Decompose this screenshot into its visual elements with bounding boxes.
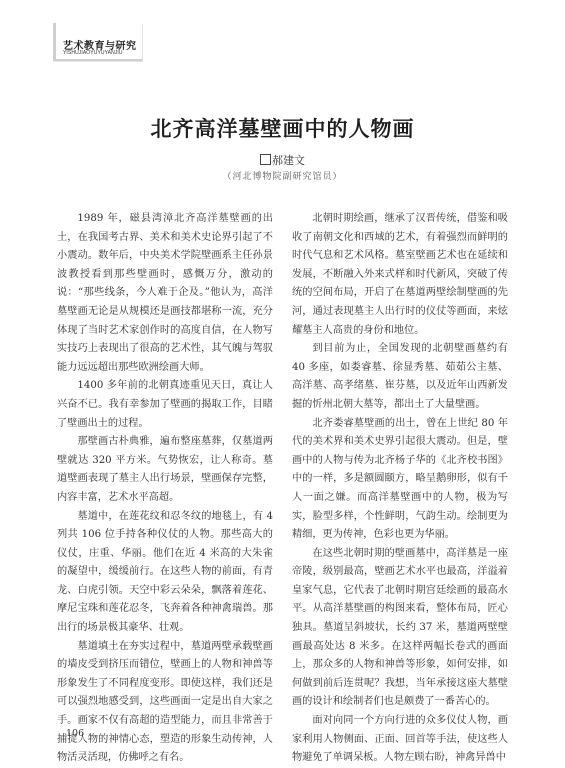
author-affiliation: （河北博物院副研究馆员） [0, 169, 565, 182]
author-line: 郝建文 [0, 152, 565, 168]
left-column: 1989 年，磁县湾漳北齐高洋墓壁画的出土，在我国考古界、美术和美术史论界引起了… [57, 210, 273, 768]
paragraph: 北朝时期绘画，继承了汉晋传统，借鉴和吸收了南朝文化和西域的艺术，有着强烈而鲜明的… [292, 210, 508, 340]
section-header: 艺术教育与研究 YISHUJIAOYUYUYANJIU [53, 23, 142, 61]
paragraph: 1989 年，磁县湾漳北齐高洋墓壁画的出土，在我国考古界、美术和美术史论界引起了… [57, 210, 273, 377]
right-column: 北朝时期绘画，继承了汉晋传统，借鉴和吸收了南朝文化和西域的艺术，有着强烈而鲜明的… [292, 210, 508, 768]
article-title: 北齐高洋墓壁画中的人物画 [0, 113, 565, 143]
paragraph: 北齐娄睿墓壁画的出土，曾在上世纪 80 年代的美术界和美术史界引起很大震动。但是… [292, 415, 508, 545]
section-title-pinyin: YISHUJIAOYUYUYANJIU [63, 50, 123, 56]
paragraph: 面对向同一个方向行进的众多仪仗人物，画家利用人物侧面、正面、回首等手法，使这些人… [292, 712, 508, 768]
author-box-icon [260, 154, 271, 165]
paragraph: 那壁画古朴典雅，遍布整座墓葬，仅墓道两壁就达 320 平方米。气势恢宏，让人称奇… [57, 433, 273, 507]
paragraph: 到目前为止，全国发现的北朝壁画墓约有 40 多座，如娄睿墓、徐显秀墓、茹茹公主墓… [292, 340, 508, 414]
author-name: 郝建文 [272, 154, 305, 167]
paragraph: 墓道中，在莲花纹和忍冬纹的地毯上，有 4 列共 106 位手持各种仪仗的人物。那… [57, 508, 273, 638]
paragraph: 在这些北朝时期的壁画墓中，高洋墓是一座帝陵，级别最高，壁画艺术水平也最高，洋溢着… [292, 545, 508, 712]
paragraph: 1400 多年前的北朝真迹重见天日，真让人兴奋不已。我有幸参加了壁画的揭取工作，… [57, 377, 273, 433]
paragraph: 墓道填土在夯实过程中，墓道两壁承载壁画的墙皮受到挤压而错位，壁画上的人物和神兽等… [57, 638, 273, 768]
page-number: 106 [66, 728, 84, 739]
